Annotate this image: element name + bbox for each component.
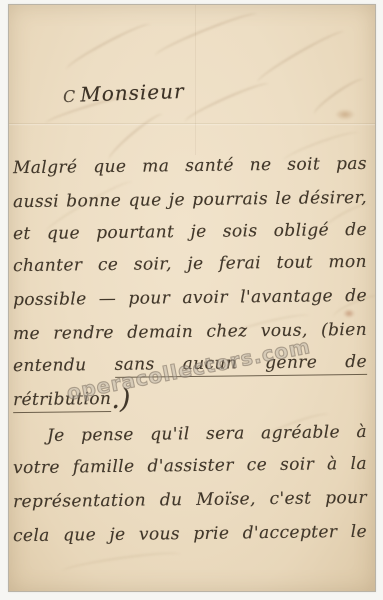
letter-line-10: votre famille d'assister ce soir à la — [13, 451, 367, 481]
bleed-through-stroke — [61, 549, 182, 578]
salutation-flourish: C — [63, 87, 77, 106]
letter-line-5: possible — pour avoir l'avantage de — [13, 283, 367, 313]
letter-salutation: CMonsieur — [63, 79, 185, 107]
foxing-spot — [335, 109, 355, 120]
letter-line-4: chanter ce soir, je ferai tout mon — [13, 249, 367, 279]
line-7-text: entendu — [13, 355, 115, 376]
letter-line-12: cela que je vous prie d'accepter le — [13, 519, 367, 549]
bleed-through-stroke — [64, 19, 154, 74]
letter-line-3: et que pourtant je sois obligé de — [13, 217, 367, 247]
letter-line-2: aussi bonne que je pourrais le désirer, — [13, 185, 367, 215]
fold-crease-horizontal — [9, 123, 375, 124]
letter-line-11: représentation du Moïse, c'est pour — [13, 485, 367, 515]
letter-line-6: me rendre demain chez vous, (bien — [13, 317, 367, 347]
letter-page: CMonsieur Malgré que ma santé ne soit pa… — [8, 4, 376, 592]
fold-crease-vertical — [195, 5, 196, 155]
letter-line-9: Je pense qu'il sera agréable à — [47, 419, 367, 449]
salutation-text: Monsieur — [80, 79, 185, 107]
letter-line-1: Malgré que ma santé ne soit pas — [13, 151, 367, 181]
bleed-through-stroke — [153, 9, 259, 61]
scan-viewport: CMonsieur Malgré que ma santé ne soit pa… — [0, 0, 383, 600]
bleed-through-stroke — [255, 27, 348, 87]
